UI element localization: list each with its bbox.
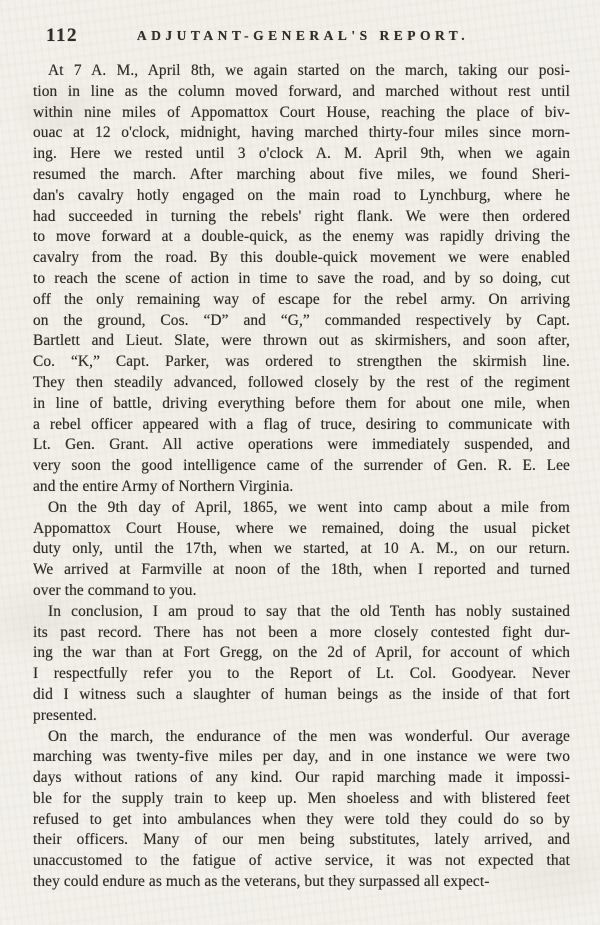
paragraph: In conclusion, I am proud to say that th… (33, 602, 570, 727)
text-line: a rebel officer appeared with a flag of … (33, 415, 570, 436)
text-line: they could endure as much as the veteran… (33, 872, 570, 893)
text-line: refused to get into ambulances when they… (33, 810, 570, 831)
report-body: At 7 A. M., April 8th, we again started … (33, 61, 570, 893)
text-line: unaccustomed to the fatigue of active se… (33, 851, 570, 872)
text-line: its past record. There has not been a mo… (33, 623, 570, 644)
text-line: I respectfully refer you to the Report o… (33, 664, 570, 685)
text-line: duty only, until the 17th, when we start… (33, 539, 570, 560)
paragraph: On the 9th day of April, 1865, we went i… (33, 498, 570, 602)
text-line: We arrived at Farmville at noon of the 1… (33, 560, 570, 581)
text-line: Co. “K,” Capt. Parker, was ordered to st… (33, 352, 570, 373)
text-line: ing. Here we rested until 3 o'clock A. M… (33, 144, 570, 165)
text-line: They then steadily advanced, followed cl… (33, 373, 570, 394)
text-line: had succeeded in turning the rebels' rig… (33, 207, 570, 228)
text-line: Lt. Gen. Grant. All active operations we… (33, 435, 570, 456)
text-line: did I witness such a slaughter of human … (33, 685, 570, 706)
text-line: At 7 A. M., April 8th, we again started … (33, 61, 570, 82)
text-line: Bartlett and Lieut. Slate, were thrown o… (33, 331, 570, 352)
text-line: ouac at 12 o'clock, midnight, having mar… (33, 123, 570, 144)
text-line: resumed the march. After marching about … (33, 165, 570, 186)
text-line: days without rations of any kind. Our ra… (33, 768, 570, 789)
text-line: dan's cavalry hotly engaged on the main … (33, 186, 570, 207)
text-line: Appomattox Court House, where we remaine… (33, 519, 570, 540)
scanned-page: 112 ADJUTANT-GENERAL'S REPORT. At 7 A. M… (0, 0, 600, 925)
text-line: to reach the scene of action in time to … (33, 269, 570, 290)
text-line: ble for the supply train to keep up. Men… (33, 789, 570, 810)
text-line: over the command to you. (33, 581, 570, 602)
text-line: On the march, the endurance of the men w… (33, 727, 570, 748)
paragraph: At 7 A. M., April 8th, we again started … (33, 61, 570, 498)
text-line: within nine miles of Appomattox Court Ho… (33, 103, 570, 124)
text-line: in line of battle, driving everything be… (33, 394, 570, 415)
text-line: tion in line as the column moved forward… (33, 82, 570, 103)
text-line: In conclusion, I am proud to say that th… (33, 602, 570, 623)
text-line: to move forward at a double-quick, as th… (33, 227, 570, 248)
text-line: presented. (33, 706, 570, 727)
text-line: cavalry from the road. By this double-qu… (33, 248, 570, 269)
text-line: ing the war than at Fort Gregg, on the 2… (33, 643, 570, 664)
text-line: off the only remaining way of escape for… (33, 290, 570, 311)
text-line: marching was twenty-five miles per day, … (33, 747, 570, 768)
text-line: on the ground, Cos. “D” and “G,” command… (33, 311, 570, 332)
paragraph: On the march, the endurance of the men w… (33, 727, 570, 893)
page-number: 112 (46, 25, 78, 47)
text-line: On the 9th day of April, 1865, we went i… (33, 498, 570, 519)
text-line: and the entire Army of Northern Virginia… (33, 477, 570, 498)
text-line: very soon the good intelligence came of … (33, 456, 570, 477)
page-header: 112 ADJUTANT-GENERAL'S REPORT. (34, 24, 572, 48)
running-title: ADJUTANT-GENERAL'S REPORT. (34, 24, 572, 44)
text-line: their officers. Many of our men being su… (33, 830, 570, 851)
